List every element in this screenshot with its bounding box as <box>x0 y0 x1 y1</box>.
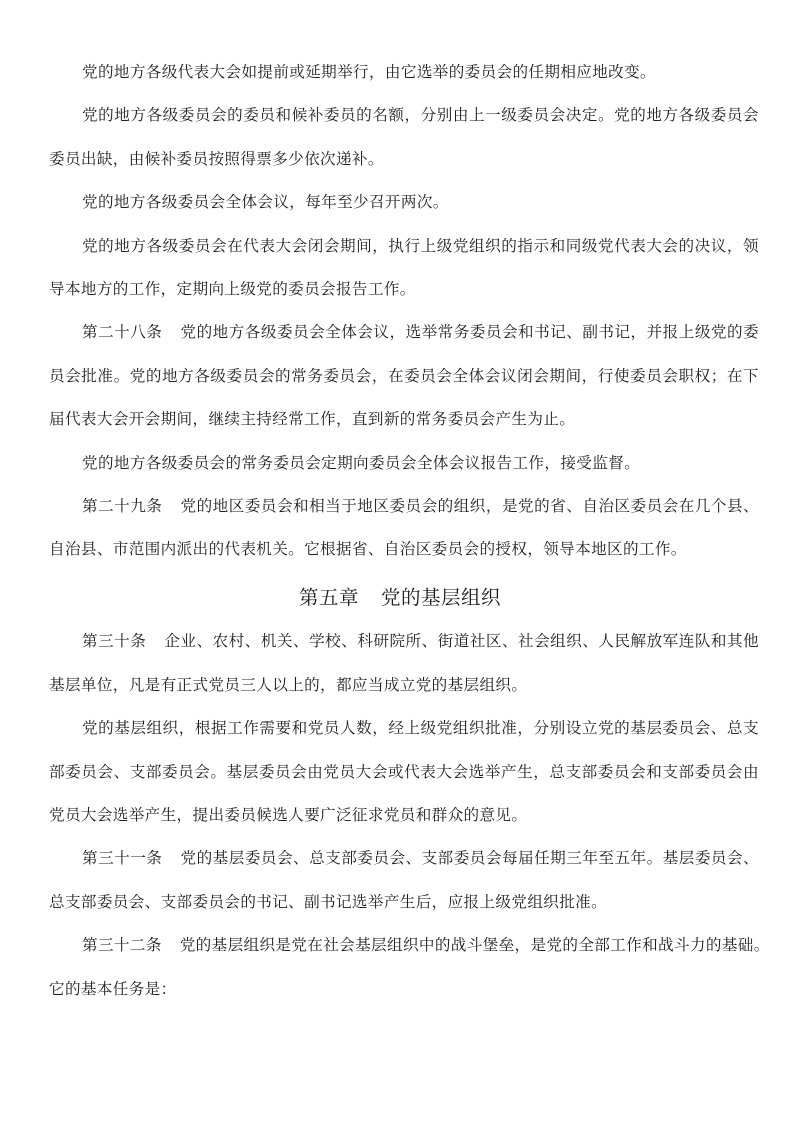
chapter-heading: 第五章党的基层组织 <box>0 584 800 612</box>
chapter-title: 党的基层组织 <box>381 586 501 609</box>
document-page: 党的地方各级代表大会如提前或延期举行，由它选举的委员会的任期相应地改变。 党的地… <box>0 0 800 1131</box>
article-text: 党的地方各级委员会全体会议，选举常务委员会和书记、副书记，并报上级党的委 <box>180 323 759 341</box>
article-text: 党的基层组织是党在社会基层组织中的战斗堡垒，是党的全部工作和战斗力的基础。 <box>180 936 770 954</box>
article-number: 第二十八条 <box>82 323 162 341</box>
paragraph-line: 党的地方各级委员会全体会议，每年至少召开两次。 <box>82 190 759 214</box>
paragraph-line: 党的基层组织，根据工作需要和党员人数，经上级党组织批准，分别设立党的基层委员会、… <box>82 716 759 740</box>
article-first-line: 第二十八条党的地方各级委员会全体会议，选举常务委员会和书记、副书记，并报上级党的… <box>82 320 759 344</box>
paragraph-line: 导本地方的工作，定期向上级党的委员会报告工作。 <box>49 277 759 301</box>
paragraph-line: 总支部委员会、支部委员会的书记、副书记选举产生后，应报上级党组织批准。 <box>49 890 759 914</box>
article-number: 第二十九条 <box>82 497 162 515</box>
article-text: 党的基层委员会、总支部委员会、支部委员会每届任期三年至五年。基层委员会、 <box>180 849 759 867</box>
article-first-line: 第三十一条党的基层委员会、总支部委员会、支部委员会每届任期三年至五年。基层委员会… <box>82 846 759 870</box>
article-number: 第三十二条 <box>82 936 162 954</box>
article-number: 第三十一条 <box>82 849 162 867</box>
paragraph-line: 届代表大会开会期间，继续主持经常工作，直到新的常务委员会产生为止。 <box>49 407 759 431</box>
article-first-line: 第三十二条党的基层组织是党在社会基层组织中的战斗堡垒，是党的全部工作和战斗力的基… <box>82 933 759 957</box>
paragraph-line: 党的地方各级代表大会如提前或延期举行，由它选举的委员会的任期相应地改变。 <box>82 60 759 84</box>
paragraph-line: 党的地方各级委员会的常务委员会定期向委员会全体会议报告工作，接受监督。 <box>82 451 759 475</box>
paragraph-line: 党的地方各级委员会在代表大会闭会期间，执行上级党组织的指示和同级党代表大会的决议… <box>82 234 759 258</box>
paragraph-line: 基层单位，凡是有正式党员三人以上的，都应当成立党的基层组织。 <box>49 673 759 697</box>
paragraph-line: 自治县、市范围内派出的代表机关。它根据省、自治区委员会的授权，领导本地区的工作。 <box>49 537 759 561</box>
paragraph-line: 党员大会选举产生，提出委员候选人要广泛征求党员和群众的意见。 <box>49 803 759 827</box>
paragraph-line: 它的基本任务是： <box>49 977 759 1001</box>
article-first-line: 第三十条企业、农村、机关、学校、科研院所、街道社区、社会组织、人民解放军连队和其… <box>82 629 759 653</box>
article-text: 党的地区委员会和相当于地区委员会的组织，是党的省、自治区委员会在几个县、 <box>180 497 759 515</box>
chapter-number: 第五章 <box>299 586 359 609</box>
paragraph-line: 委员出缺，由候补委员按照得票多少依次递补。 <box>49 147 759 171</box>
article-number: 第三十条 <box>82 632 146 650</box>
paragraph-line: 员会批准。党的地方各级委员会的常务委员会，在委员会全体会议闭会期间，行使委员会职… <box>49 364 759 388</box>
article-first-line: 第二十九条党的地区委员会和相当于地区委员会的组织，是党的省、自治区委员会在几个县… <box>82 494 759 518</box>
paragraph-line: 部委员会、支部委员会。基层委员会由党员大会或代表大会选举产生，总支部委员会和支部… <box>49 760 759 784</box>
paragraph-line: 党的地方各级委员会的委员和候补委员的名额，分别由上一级委员会决定。党的地方各级委… <box>82 103 759 127</box>
article-text: 企业、农村、机关、学校、科研院所、街道社区、社会组织、人民解放军连队和其他 <box>164 632 759 650</box>
